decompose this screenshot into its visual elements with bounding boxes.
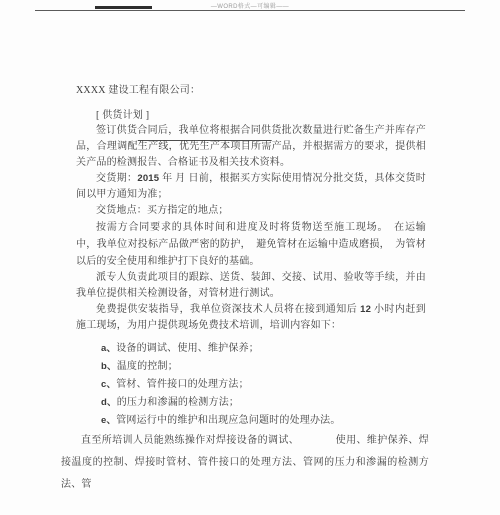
list-item: b、温度的控制； [101,358,426,376]
document-page: —WORD格式—可编辑—— XXXX 建设工程有限公司： [ 供货计划 ] 签订… [0,0,500,515]
document-content: XXXX 建设工程有限公司： [ 供货计划 ] 签订供货合同后，我单位将根据合同… [76,84,426,496]
delivery-year-value: 2015 [137,173,159,184]
paragraph-contract-signing-overlined: 生产线，优先生产本项目所需 [138,141,272,152]
list-item: a、设备的调试、使用、维护保养； [101,340,426,358]
list-item-text: 设备的调试、使用、维护保养； [116,343,259,354]
paragraph-training-intro: 免费提供安装指导，我单位资深技术人员将在接到通知后 12 小时内赶到施工现场，为… [76,302,426,334]
header-rule [35,10,465,11]
recipient-line: XXXX 建设工程有限公司： [76,84,426,98]
list-item: c、管材、管件接口的处理方法； [101,376,426,394]
paragraph-transport-protection: 按需方合同要求的具体时间和进度及时将货物送至施工现场。 在运输中，我单位对投标产… [76,219,426,270]
paragraph-project-tracking: 派专人负责此项目的跟踪、送货、装卸、交接、试用、验收等手续，并由我单位提供相关检… [76,270,426,302]
header-thick-line [95,6,152,9]
list-item-text: 管材、管件接口的处理方法； [116,379,249,390]
training-intro-pre: 免费提供安装指导，我单位资深技术人员将在接到通知后 [96,304,360,315]
watermark-text: —WORD格式—可编辑—— [0,1,500,10]
training-items-list: a、设备的调试、使用、维护保养； b、温度的控制； c、管材、管件接口的处理方法… [76,340,426,430]
list-item-text: 管网运行中的维护和出现应急问题时的处理办法。 [116,415,340,426]
list-item-marker: e、 [101,415,116,426]
list-item-marker: c、 [101,379,116,390]
list-item-text: 的压力和渗漏的检测方法； [117,397,239,408]
paragraph-contract-signing: 签订供货合同后，我单位将根据合同供货批次数量进行贮备生产并库存产品，合理调配生产… [76,123,426,171]
paragraph-training-goal: 直至所培训人员能熟练操作对焊接设备的调试、 使用、维护保养、焊接温度的控制、焊接… [61,430,429,496]
delivery-time-label: 交货期： [96,173,137,184]
list-item: e、管网运行中的维护和出现应急问题时的处理办法。 [101,412,426,430]
list-item-marker: b、 [101,361,117,372]
list-item-text: 温度的控制； [117,361,178,372]
document-title: [ 供货计划 ] [96,109,426,123]
list-item-marker: d、 [101,397,117,408]
paragraph-delivery-place: 交货地点：买方指定的地点； [76,203,426,219]
paragraph-delivery-time: 交货期：2015 年 月 日前，根据买方实际使用情况分批交货，具体交货时间以甲方… [76,171,426,203]
training-hours-value: 12 [360,304,371,315]
list-item: d、的压力和渗漏的检测方法； [101,394,426,412]
list-item-marker: a、 [101,343,116,354]
